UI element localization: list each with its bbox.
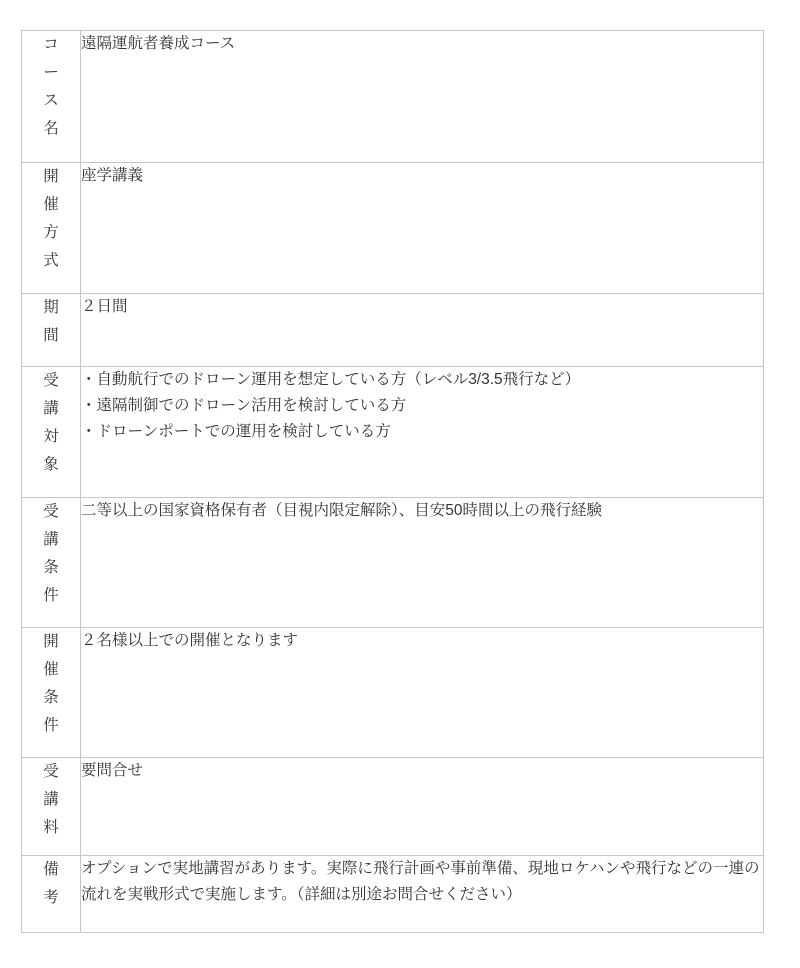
row-content-cell: ２日間: [81, 294, 764, 367]
row-content-cell: 遠隔運航者養成コース: [81, 31, 764, 163]
table-row-target-audience: 受講対象 ・自動航行でのドローン運用を想定している方（レベル3/3.5飛行など）…: [22, 367, 764, 498]
row-content-format: 座学講義: [81, 163, 763, 189]
table-row-fee: 受講料 要問合せ: [22, 758, 764, 856]
row-content-cell: オプションで実地講習があります。実際に飛行計画や事前準備、現地ロケハンや飛行など…: [81, 856, 764, 933]
row-content-cell: ２名様以上での開催となります: [81, 628, 764, 758]
row-header-cell: 受講料: [22, 758, 81, 856]
row-header-cell: 受講条件: [22, 498, 81, 628]
row-content-cell: 座学講義: [81, 163, 764, 294]
row-header-fee: 受講料: [43, 758, 59, 842]
page: コース名 遠隔運航者養成コース 開催方式 座学講義 期間 ２日間: [0, 0, 800, 968]
table-row-duration: 期間 ２日間: [22, 294, 764, 367]
row-header-duration: 期間: [43, 294, 59, 350]
row-header-cell: 開催条件: [22, 628, 81, 758]
row-header-cell: 備考: [22, 856, 81, 933]
row-content-fee: 要問合せ: [81, 758, 763, 784]
row-header-cell: 受講対象: [22, 367, 81, 498]
row-header-target-audience: 受講対象: [43, 367, 59, 479]
row-header-holding-conditions: 開催条件: [43, 628, 59, 740]
row-header-course-name: コース名: [43, 31, 59, 143]
table-row-format: 開催方式 座学講義: [22, 163, 764, 294]
table-row-course-name: コース名 遠隔運航者養成コース: [22, 31, 764, 163]
table-row-holding-conditions: 開催条件 ２名様以上での開催となります: [22, 628, 764, 758]
row-header-notes: 備考: [43, 856, 59, 912]
row-content-cell: ・自動航行でのドローン運用を想定している方（レベル3/3.5飛行など） ・遠隔制…: [81, 367, 764, 498]
row-content-cell: 要問合せ: [81, 758, 764, 856]
row-header-cell: 開催方式: [22, 163, 81, 294]
row-header-cell: コース名: [22, 31, 81, 163]
row-content-prerequisites: 二等以上の国家資格保有者（目視内限定解除）、目安50時間以上の飛行経験: [81, 498, 763, 524]
table-row-prerequisites: 受講条件 二等以上の国家資格保有者（目視内限定解除）、目安50時間以上の飛行経験: [22, 498, 764, 628]
row-header-cell: 期間: [22, 294, 81, 367]
row-content-course-name: 遠隔運航者養成コース: [81, 31, 763, 57]
row-header-format: 開催方式: [43, 163, 59, 275]
row-content-duration: ２日間: [81, 294, 763, 320]
row-content-cell: 二等以上の国家資格保有者（目視内限定解除）、目安50時間以上の飛行経験: [81, 498, 764, 628]
row-content-notes: オプションで実地講習があります。実際に飛行計画や事前準備、現地ロケハンや飛行など…: [81, 856, 763, 908]
row-content-holding-conditions: ２名様以上での開催となります: [81, 628, 763, 654]
row-content-target-audience: ・自動航行でのドローン運用を想定している方（レベル3/3.5飛行など） ・遠隔制…: [81, 367, 763, 445]
row-header-prerequisites: 受講条件: [43, 498, 59, 610]
table-row-notes: 備考 オプションで実地講習があります。実際に飛行計画や事前準備、現地ロケハンや飛…: [22, 856, 764, 933]
course-info-table: コース名 遠隔運航者養成コース 開催方式 座学講義 期間 ２日間: [21, 30, 764, 933]
